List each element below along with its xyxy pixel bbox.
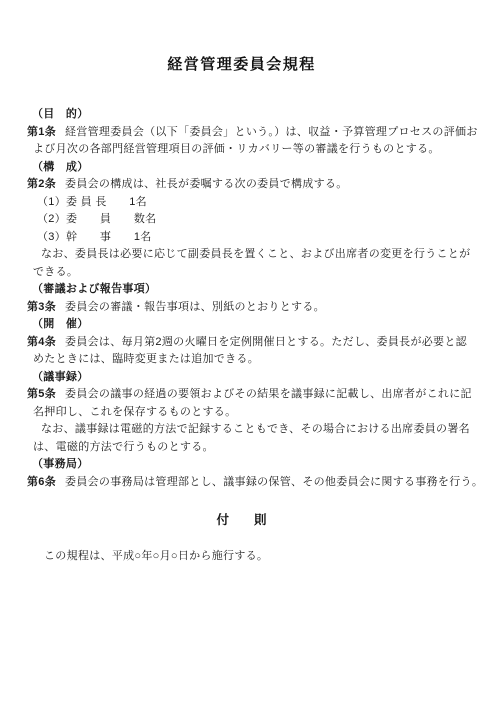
article-4-line-2: めたときには、臨時変更または追加できる。 <box>0 351 483 369</box>
article-2-note-line-1: なお、委員長は必要に応じて副委員長を置くこと、および出席者の変更を行うことが <box>0 246 483 264</box>
article-3-number: 第3条 <box>27 301 56 313</box>
section-heading-purpose: （目 的） <box>0 106 483 124</box>
section-heading-composition: （構 成） <box>0 159 483 177</box>
article-3-text: 委員会の審議・報告事項は、別紙のとおりとする。 <box>65 301 325 313</box>
article-2-line-1: 第2条委員会の構成は、社長が委嘱する次の委員で構成する。 <box>0 176 483 194</box>
clause-item-2: （2）委 員 数名 <box>0 211 483 229</box>
document-title: 経営管理委員会規程 <box>0 0 483 73</box>
article-1-text: 経営管理委員会（以下「委員会」という。）は、収益・予算管理プロセスの評価お <box>65 126 478 138</box>
article-6-line-1: 第6条委員会の事務局は管理部とし、議事録の保管、その他委員会に関する事務を行う。 <box>0 474 483 492</box>
section-heading-secretariat: （事務局） <box>0 456 483 474</box>
article-6-number: 第6条 <box>27 476 56 488</box>
article-1-line-1: 第1条経営管理委員会（以下「委員会」という。）は、収益・予算管理プロセスの評価お <box>0 124 483 142</box>
clause-item-1: （1）委 員 長 1名 <box>0 194 483 212</box>
article-4-number: 第4条 <box>27 336 56 348</box>
article-4-line-1: 第4条委員会は、毎月第2週の火曜日を定例開催日とする。ただし、委員長が必要と認 <box>0 334 483 352</box>
article-2-note-line-2: できる。 <box>0 264 483 282</box>
article-5-note-line-1: なお、議事録は電磁的方法で記録することもでき、その場合における出席委員の署名 <box>0 421 483 439</box>
article-5-number: 第5条 <box>27 388 56 400</box>
document-page: 経営管理委員会規程 （目 的） 第1条経営管理委員会（以下「委員会」という。）は… <box>0 0 483 701</box>
article-5-line-2: 名押印し、これを保存するものとする。 <box>0 404 483 422</box>
article-2-text: 委員会の構成は、社長が委嘱する次の委員で構成する。 <box>65 178 348 190</box>
article-2-number: 第2条 <box>27 178 56 190</box>
section-heading-minutes: （議事録） <box>0 369 483 387</box>
enforcement-date-line: この規程は、平成○年○月○日から施行する。 <box>0 548 483 566</box>
article-5-note-line-2: は、電磁的方法で行うものとする。 <box>0 439 483 457</box>
article-5-line-1: 第5条委員会の議事の経過の要領およびその結果を議事録に記載し、出席者がこれに記 <box>0 386 483 404</box>
article-1-number: 第1条 <box>27 126 56 138</box>
document-body: （目 的） 第1条経営管理委員会（以下「委員会」という。）は、収益・予算管理プロ… <box>0 73 483 491</box>
section-heading-convening: （開 催） <box>0 316 483 334</box>
clause-item-3: （3）幹 事 1名 <box>0 229 483 247</box>
article-6-text: 委員会の事務局は管理部とし、議事録の保管、その他委員会に関する事務を行う。 <box>65 476 483 488</box>
article-4-text: 委員会は、毎月第2週の火曜日を定例開催日とする。ただし、委員長が必要と認 <box>65 336 467 348</box>
article-5-text: 委員会の議事の経過の要領およびその結果を議事録に記載し、出席者がこれに記 <box>65 388 472 400</box>
supplementary-provisions-title: 付 則 <box>0 512 483 530</box>
article-1-line-2: よび月次の各部門経営管理項目の評価・リカバリー等の審議を行うものとする。 <box>0 141 483 159</box>
section-heading-deliberation-report: （審議および報告事項） <box>0 281 483 299</box>
article-3-line-1: 第3条委員会の審議・報告事項は、別紙のとおりとする。 <box>0 299 483 317</box>
